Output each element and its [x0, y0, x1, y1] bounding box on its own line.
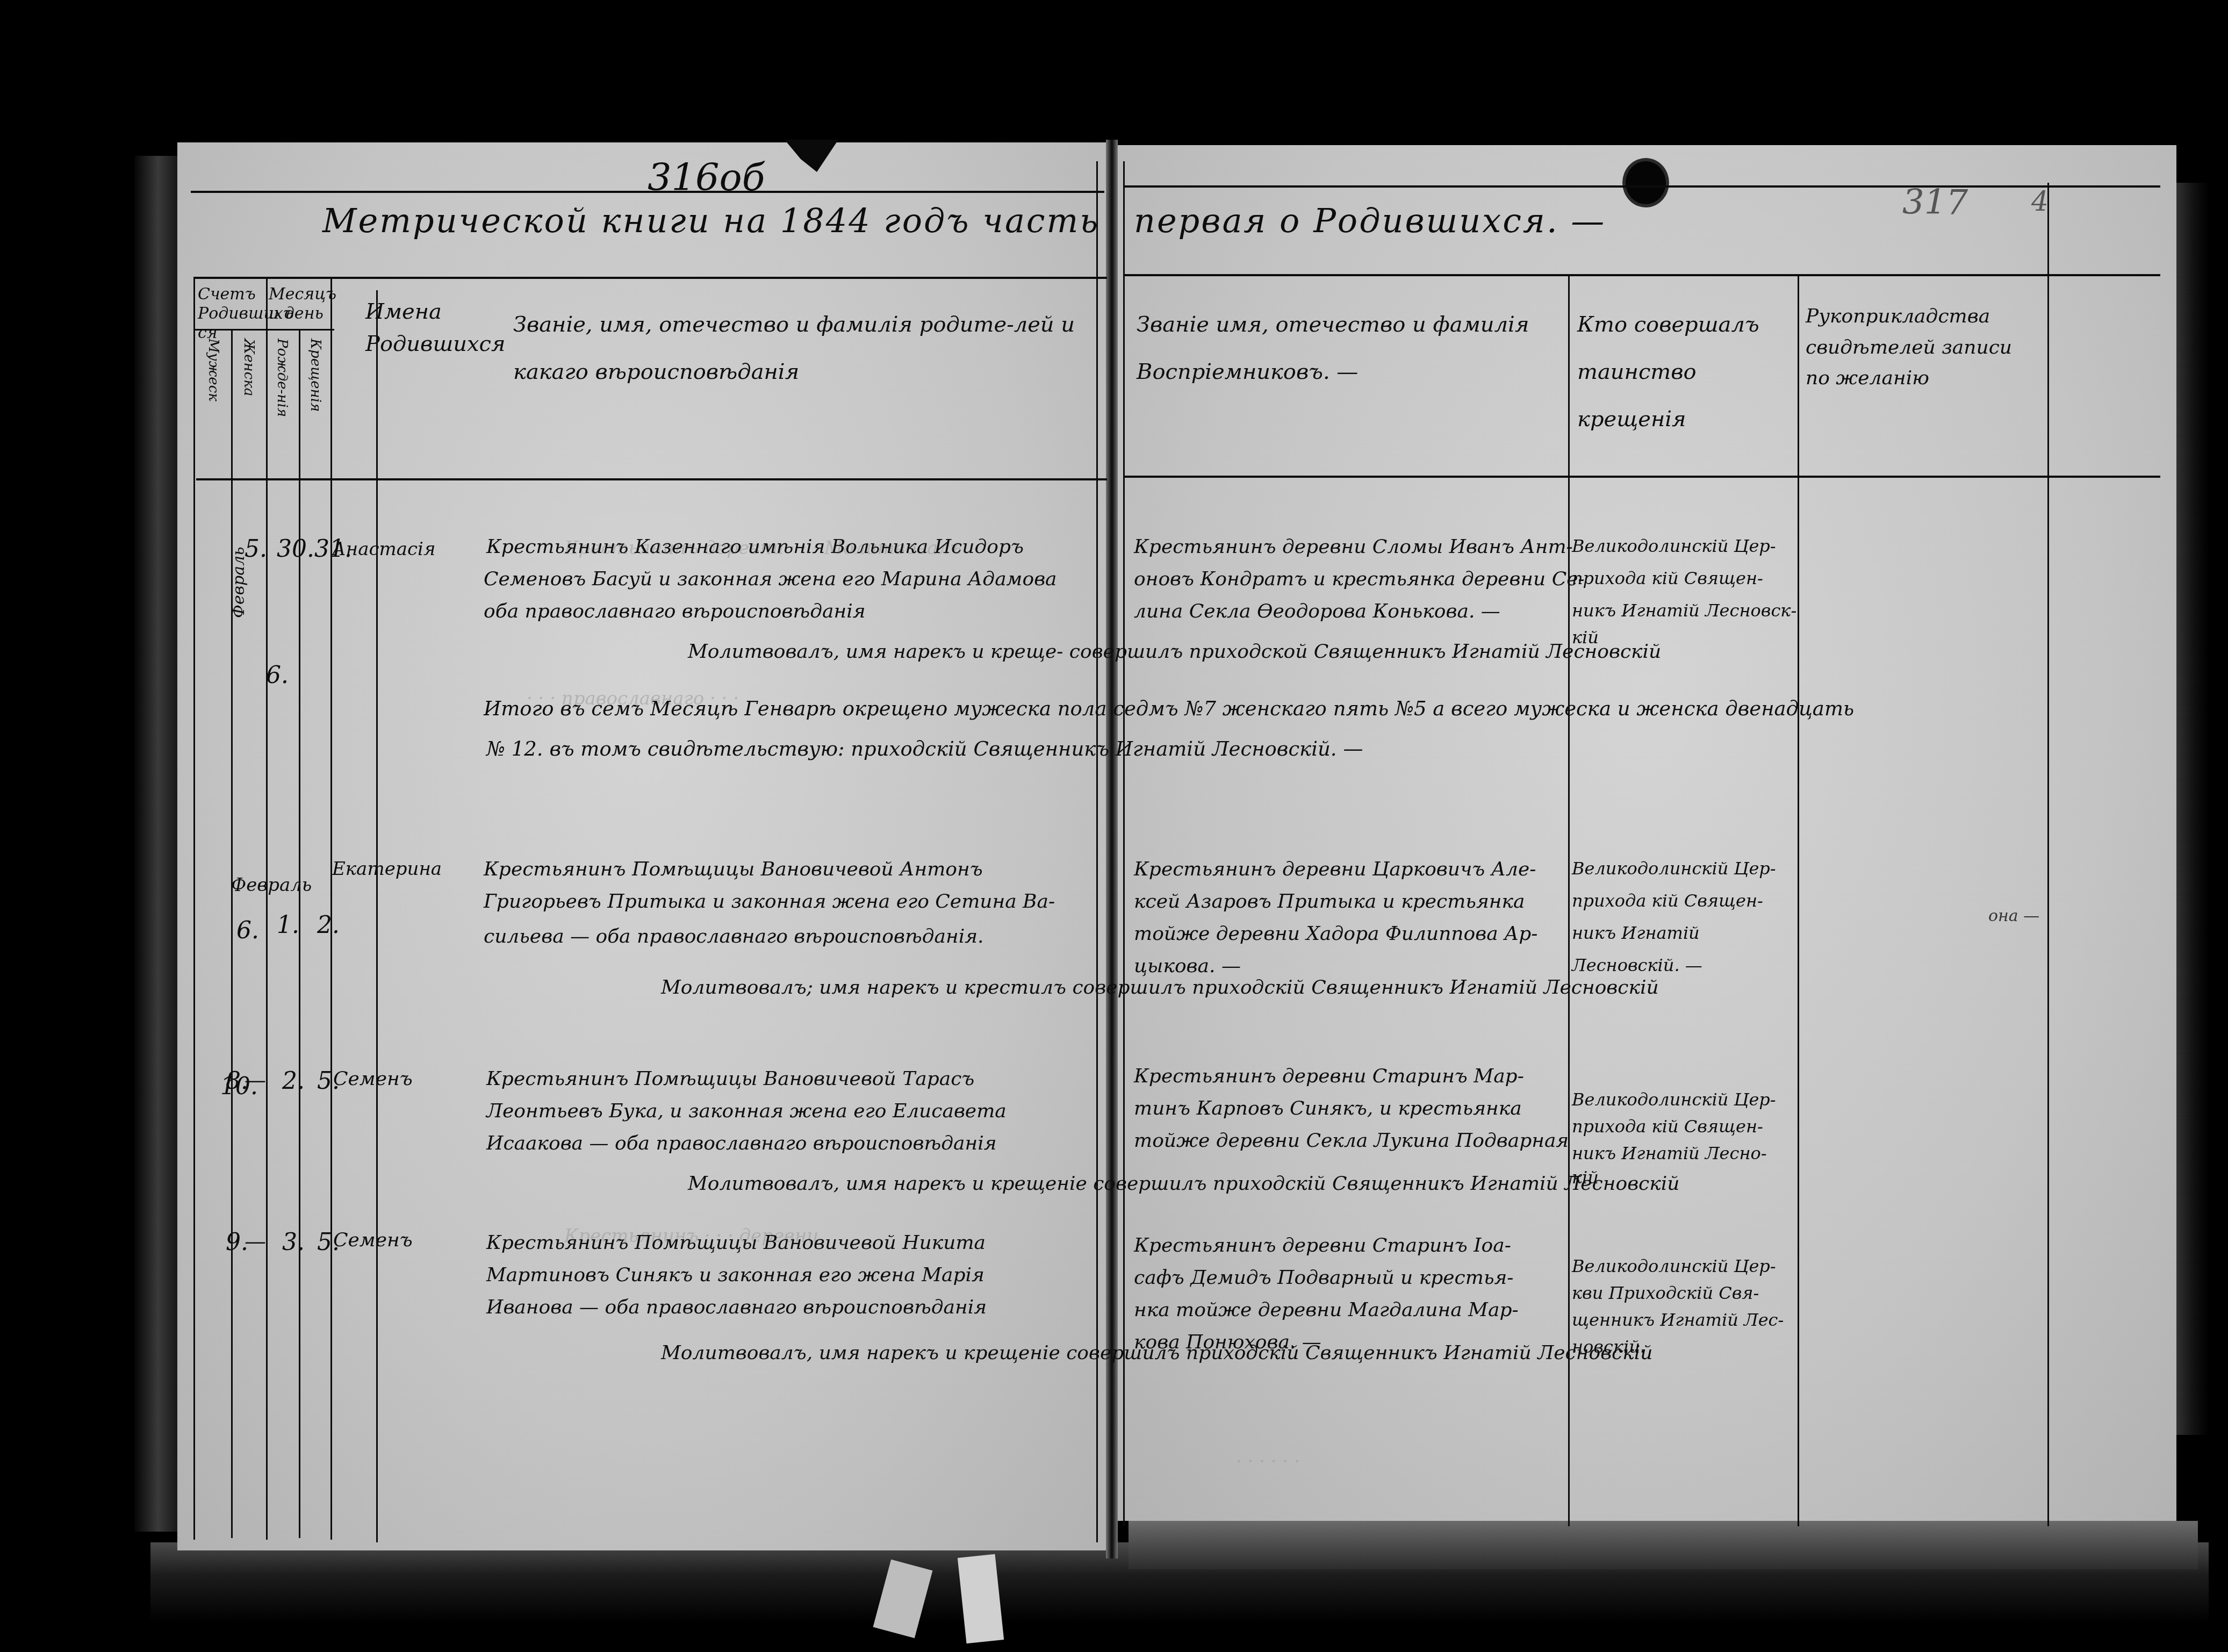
rule-col	[193, 277, 195, 1540]
entry-godparents-line: лина Секла Өеодорова Конькова. —	[1134, 602, 1500, 621]
rule-header-bottom	[196, 478, 1107, 480]
entry-parents-line: Исаакова — оба православнаго вѣроисповѣд…	[486, 1134, 997, 1153]
header-officiant: Кто совершалъ таинство крещенія	[1577, 301, 1792, 443]
entry-godparents-line: тойже деревни Секла Лукина Подварная	[1134, 1131, 1569, 1151]
entry-officiant-line: Великодолинскій Цер-	[1572, 1258, 1776, 1275]
entry-godparents-line: Крестьянинъ деревни Старинъ Іоа-	[1134, 1236, 1511, 1255]
month-label-horizontal: Февраль	[231, 876, 312, 894]
entry-prayer-line: Молитвовалъ, имя нарекъ и креще- соверши…	[688, 642, 1661, 662]
rule-col	[376, 290, 378, 1542]
entry-officiant-line: прихода кій Священ-	[1572, 1118, 1763, 1135]
entry-birth-date: 1.	[277, 914, 299, 937]
entry-officiant-line: Великодолинскій Цер-	[1572, 1091, 1776, 1108]
margin-note: она —	[1988, 908, 2039, 924]
entry-godparents-line: ксей Азаровъ Притыка и крестьянка	[1134, 892, 1525, 911]
rule-col	[1568, 274, 1570, 1526]
title-right: первая о Родившихся. —	[1134, 204, 1606, 238]
entry-godparents-line: Крестьянинъ деревни Старинъ Мар-	[1134, 1067, 1524, 1086]
entry-officiant-line: прихода кій Священ-	[1572, 892, 1763, 909]
page-number-extra: 4	[2031, 188, 2049, 215]
rule-header-bottom-right	[1123, 476, 2160, 478]
entry-parents-line: Мартиновъ Синякъ и законная его жена Мар…	[486, 1266, 984, 1285]
rule-header-top-right	[1123, 274, 2160, 276]
scan-background: Крестьянинъ деревни · · · Молитвовалъ · …	[0, 0, 2228, 1652]
entry-birth-date: 2.	[282, 1069, 305, 1093]
title-left: Метрической книги на 1844 годъ часть	[322, 204, 1099, 238]
entry-child-name: Екатерина	[332, 860, 442, 878]
entry-officiant-line: кви Приходскій Свя-	[1572, 1284, 1759, 1302]
header-female: Женска	[241, 339, 257, 396]
entry-godparents-line: нка тойже деревни Магдалина Мар-	[1134, 1301, 1519, 1320]
entry-parents-line: Крестьянинъ Помѣщицы Вановичевой Антонъ	[484, 860, 983, 879]
rule-col	[266, 277, 268, 1540]
entry-godparents-line: Крестьянинъ деревни Сломы Иванъ Ант-	[1134, 537, 1573, 557]
entry-birth-date: 30.	[277, 537, 314, 561]
header-signatures: Рукоприкладства свидѣтелей записи по жел…	[1806, 301, 2042, 394]
entry-officiant-line: Великодолинскій Цер-	[1572, 537, 1776, 555]
entry-male-no: 6.	[236, 919, 259, 943]
entry-parents-line: Григорьевъ Притыка и законная жена его С…	[484, 892, 1055, 911]
entry-godparents-line: оновъ Кондратъ и крестьянка деревни Се-	[1134, 570, 1585, 589]
book-right-edge	[2171, 183, 2209, 1435]
entry-officiant-line: Лесновскій. —	[1572, 957, 1702, 974]
month-label: Февраль	[231, 547, 247, 618]
rule-col	[330, 277, 332, 1540]
header-names: Имена Родившихся	[365, 296, 473, 360]
entry-female-no: —	[245, 1231, 266, 1252]
entry-godparents-line: тинъ Карповъ Синякъ, и крестьянка	[1134, 1099, 1522, 1118]
entry-parents-line: Иванова — оба православнаго вѣроисповѣда…	[486, 1298, 987, 1317]
header-month-day: Месяцъ и день	[269, 285, 328, 324]
entry-officiant-line: щенникъ Игнатій Лес-	[1572, 1311, 1784, 1328]
entry-child-name: Семенъ	[333, 1069, 413, 1089]
bleed-through-text: · · · · · ·	[1236, 1451, 1300, 1473]
entry-prayer-line: Молитвовалъ, имя нарекъ и крещеніе совер…	[661, 1344, 1652, 1363]
entry-parents-line: Семеновъ Басуй и законная жена его Марин…	[484, 570, 1057, 589]
header-godparents: Званіе имя, отечество и фамилія Воспріем…	[1137, 301, 1556, 396]
entry-parents-line: Крестьянинъ Помѣщицы Вановичевой Тарасъ	[486, 1069, 974, 1089]
entry-male-no: 6.	[266, 664, 289, 687]
entry-officiant-line: никъ Игнатій	[1572, 924, 1700, 942]
rule-col	[1096, 161, 1098, 1542]
entry-female-no: —	[245, 1069, 266, 1091]
month-summary-line: Итого въ семъ Месяцѣ Генварѣ окрещено му…	[484, 699, 1854, 719]
entry-child-name: Семенъ	[333, 1231, 413, 1250]
header-baptism-date: Крещенія	[307, 339, 324, 412]
entry-parents-line: Леонтьевъ Бука, и законная жена его Елис…	[486, 1102, 1007, 1121]
rule-col	[1123, 161, 1125, 1526]
entry-prayer-line: Молитвовалъ, имя нарекъ и крещеніе совер…	[688, 1174, 1679, 1194]
entry-parents-line: сильева — оба православнаго вѣроисповѣда…	[484, 927, 983, 946]
header-male: Мужеск	[205, 339, 221, 401]
month-summary-line: № 12. въ томъ свидѣтельствую: приходскій…	[486, 739, 1363, 759]
page-number-left: 316об	[648, 159, 765, 196]
entry-parents-line: Крестьянинъ Казеннаго имѣнія Вольника Ис…	[486, 537, 1024, 557]
entry-godparents-line: цыкова. —	[1134, 957, 1241, 976]
header-birth-count: Счетъ Родившихъ ся	[198, 285, 262, 343]
entry-prayer-line: Молитвовалъ; имя нарекъ и крестилъ совер…	[661, 978, 1659, 997]
entry-parents-line: Крестьянинъ Помѣщицы Вановичевой Никита	[486, 1233, 986, 1253]
entry-godparents-line: тойже деревни Хадора Филиппова Ар-	[1134, 924, 1538, 944]
entry-godparents-line: Крестьянинъ деревни Царковичъ Але-	[1134, 860, 1536, 879]
rule-col	[2047, 183, 2049, 1526]
rule-col	[1798, 274, 1799, 1526]
entry-officiant-line: никъ Игнатій Лесновск-	[1572, 602, 1796, 619]
entry-birth-date: 3.	[282, 1231, 305, 1254]
rule-col	[231, 329, 233, 1538]
entry-child-name: Анастасія	[332, 540, 435, 558]
entry-godparents-line: сафъ Демидъ Подварный и крестья-	[1134, 1268, 1513, 1288]
header-parents: Званіе, имя, отечество и фамилія родите-…	[513, 301, 1088, 396]
binding-hole-icon	[1626, 161, 1666, 204]
page-number-right: 317	[1902, 185, 1968, 220]
entry-officiant-line: Великодолинскій Цер-	[1572, 860, 1776, 877]
entry-baptism-date: 2.	[317, 914, 340, 937]
entry-officiant-line: прихода кій Священ-	[1572, 570, 1763, 587]
book-bottom-edge-right	[1129, 1521, 2198, 1569]
entry-parents-line: оба православнаго вѣроисповѣданія	[484, 602, 866, 621]
header-birth-date: Рожде-нія	[274, 339, 290, 417]
entry-officiant-line: никъ Игнатій Лесно-	[1572, 1145, 1767, 1162]
rule-top-right	[1123, 185, 2160, 188]
